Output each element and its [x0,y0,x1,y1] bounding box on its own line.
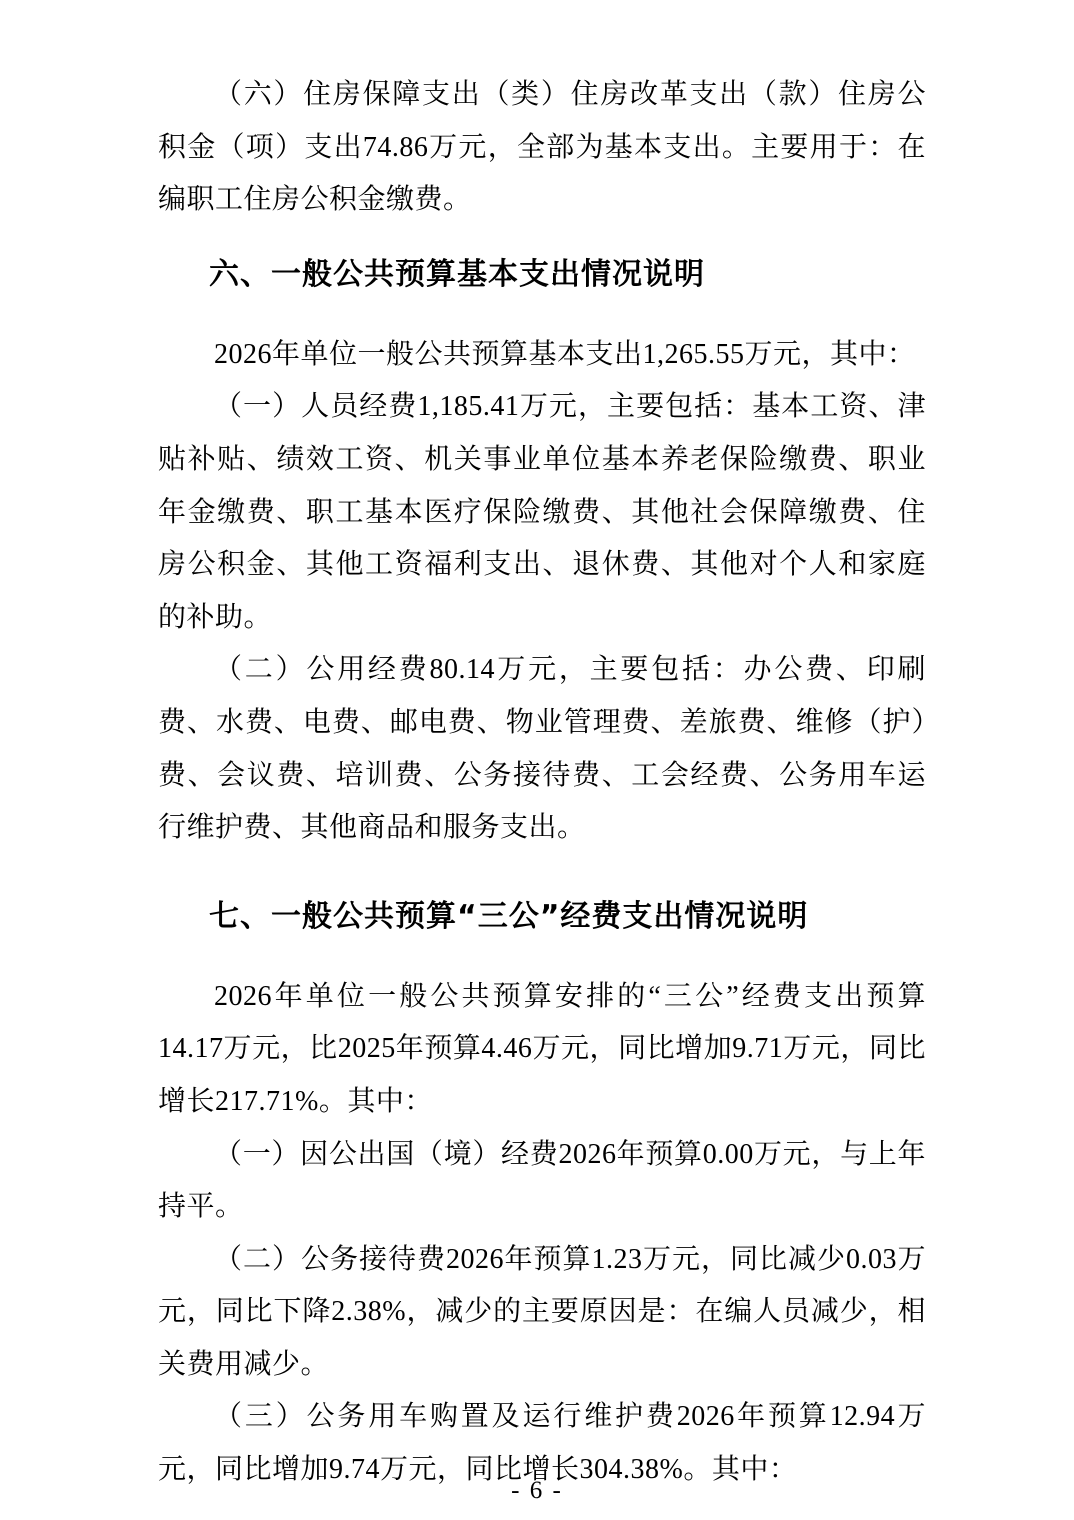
paragraph-housing-security-expenditure: （六）住房保障支出（类）住房改革支出（款）住房公积金（项）支出74.86万元，全… [158,69,926,227]
page-number: - 6 - [0,1477,1074,1505]
paragraph-public-funds: （二）公用经费80.14万元，主要包括：办公费、印刷费、水费、电费、邮电费、物业… [158,644,926,854]
paragraph-basic-expenditure-total: 2026年单位一般公共预算基本支出1,265.55万元，其中： [158,329,926,382]
document-page: （六）住房保障支出（类）住房改革支出（款）住房公积金（项）支出74.86万元，全… [0,0,1074,1520]
heading-section-six-basic-expenditure: 六、一般公共预算基本支出情况说明 [158,254,926,296]
paragraph-official-reception-expense: （二）公务接待费2026年预算1.23万元，同比减少0.03万元，同比下降2.3… [158,1234,926,1392]
heading-section-seven-three-public-funds: 七、一般公共预算“三公”经费支出情况说明 [158,896,926,938]
paragraph-three-public-total: 2026年单位一般公共预算安排的“三公”经费支出预算14.17万元，比2025年… [158,971,926,1129]
paragraph-overseas-trips-expense: （一）因公出国（境）经费2026年预算0.00万元，与上年持平。 [158,1129,926,1234]
document-content: （六）住房保障支出（类）住房改革支出（款）住房公积金（项）支出74.86万元，全… [158,69,926,1497]
paragraph-personnel-funds: （一）人员经费1,185.41万元，主要包括：基本工资、津贴补贴、绩效工资、机关… [158,381,926,644]
